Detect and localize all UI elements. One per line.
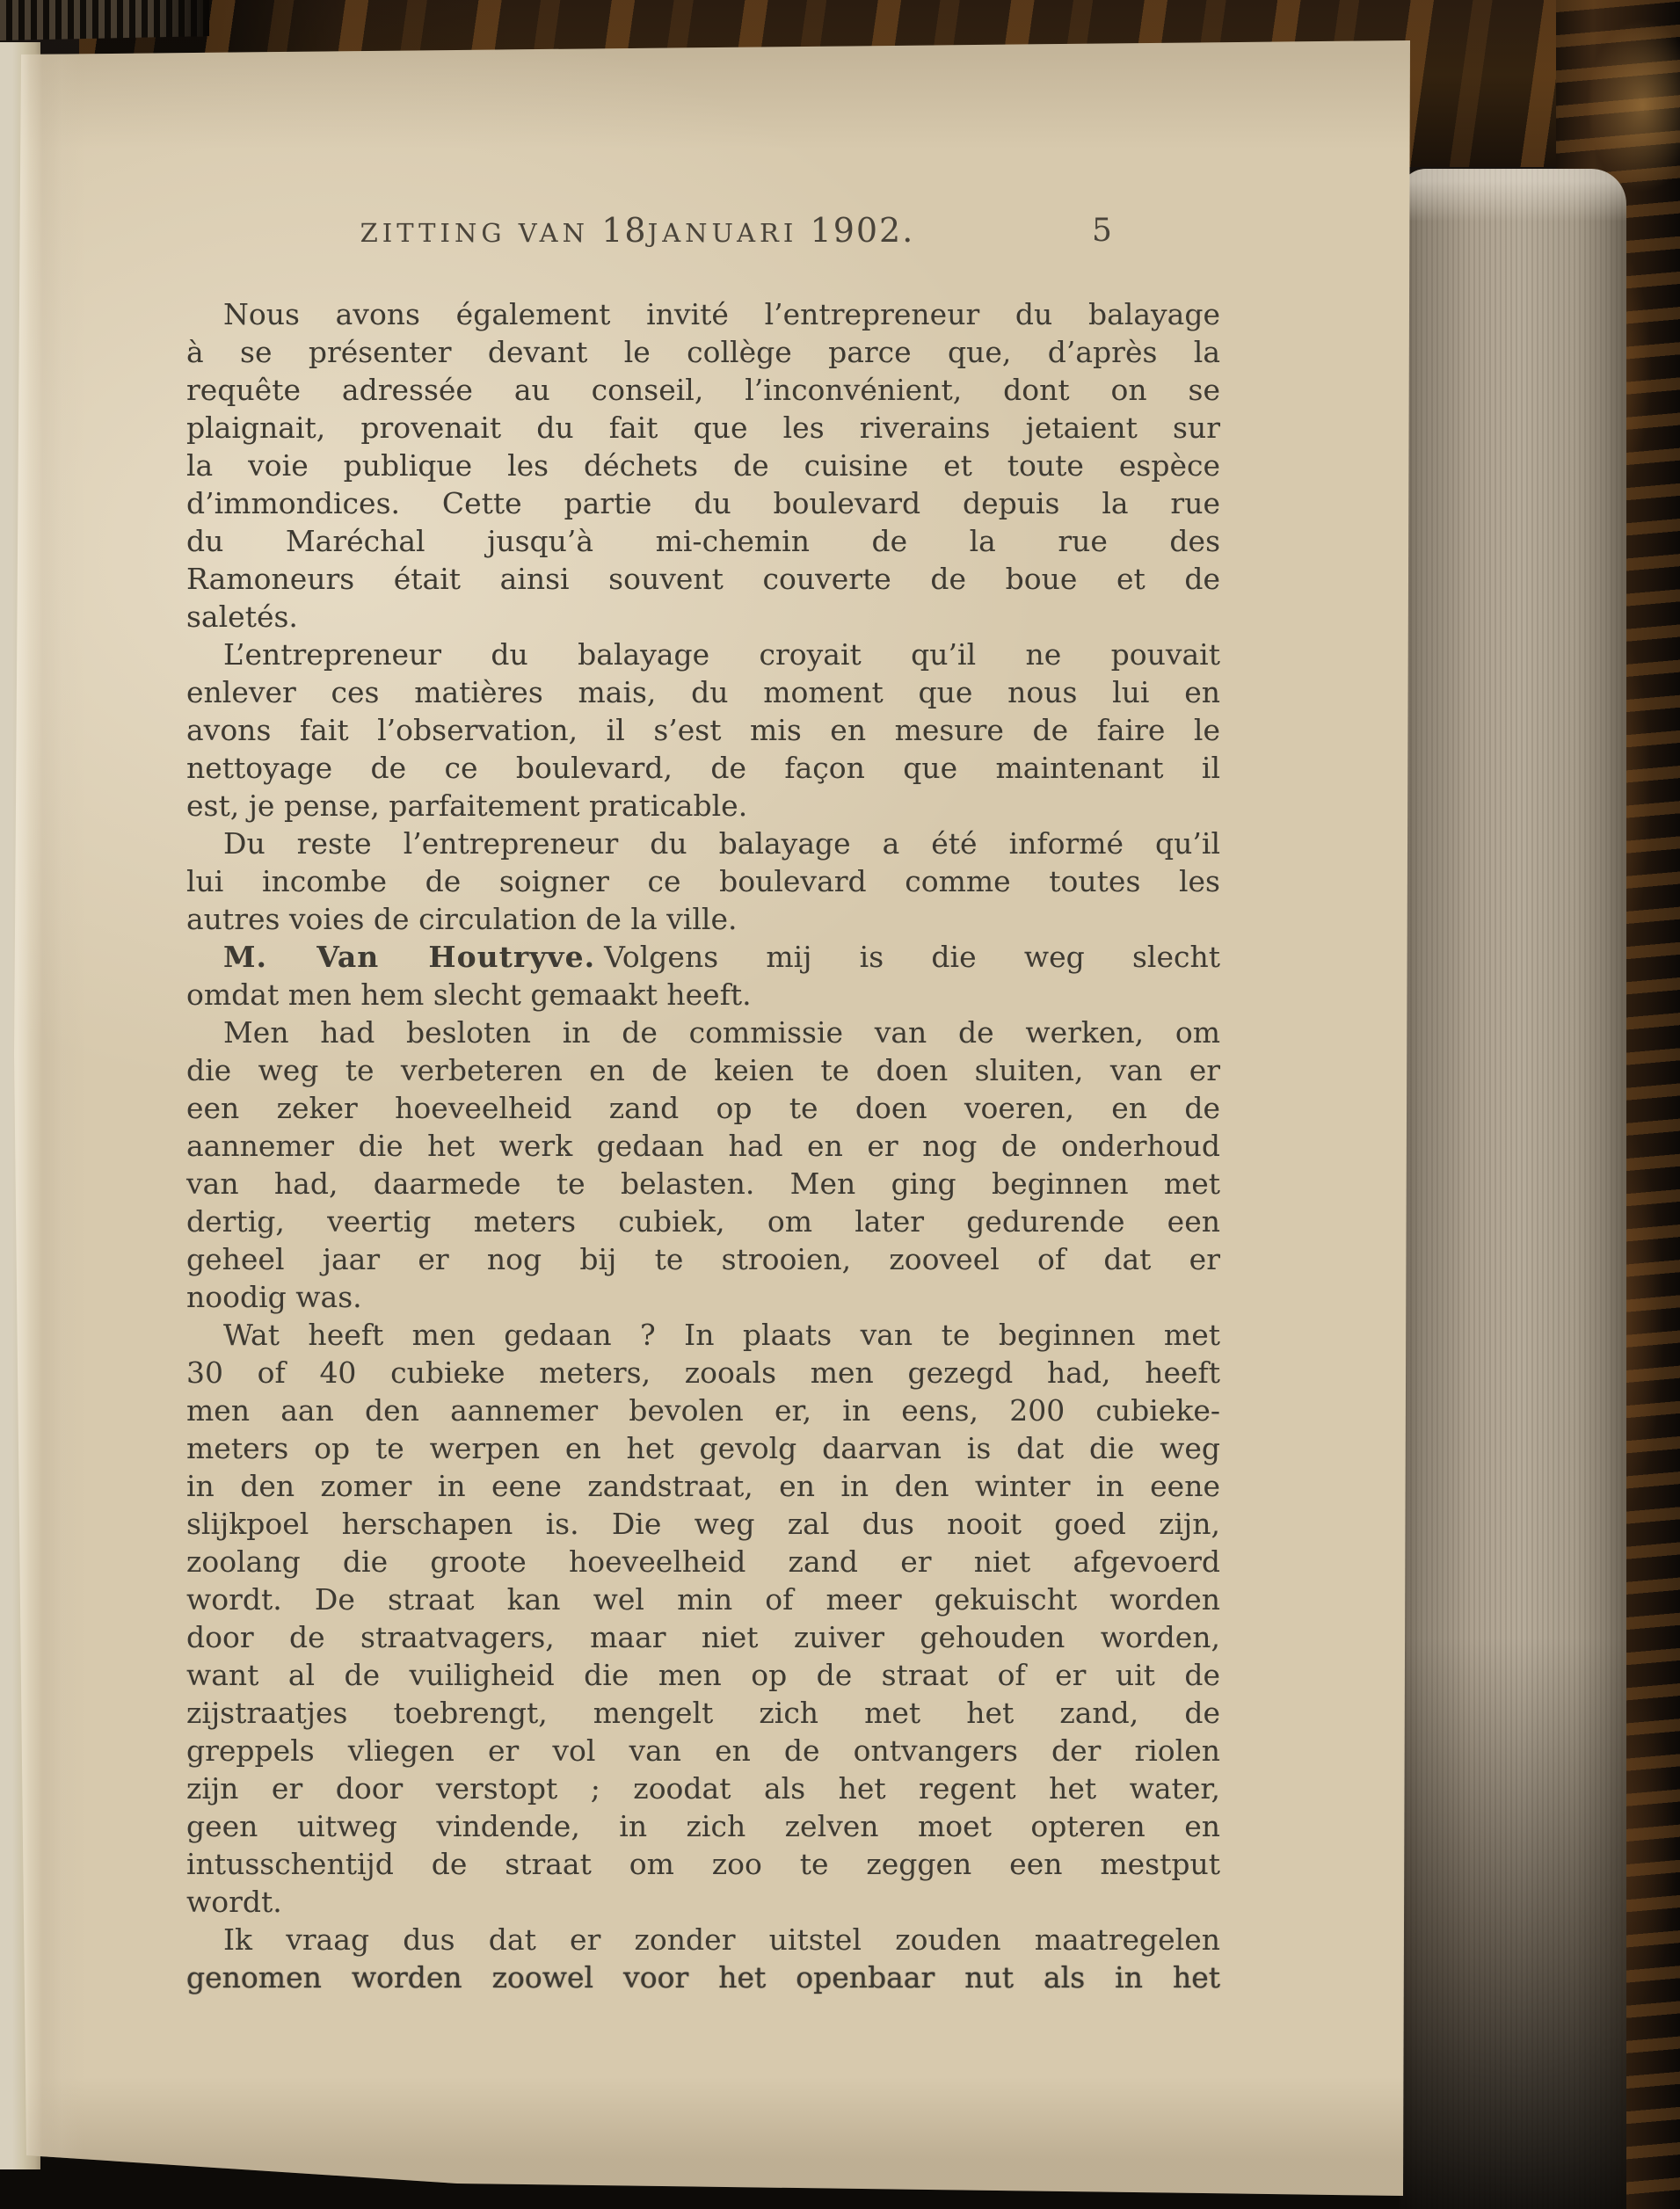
text-line: zoolang die groote hoeveelheid zand er n… xyxy=(186,1543,1220,1580)
text-line: een zeker hoeveelheid zand op te doen vo… xyxy=(186,1089,1220,1127)
paragraph: Nous avons également invité l’entreprene… xyxy=(186,295,1220,636)
running-title-segment: JANUARI xyxy=(648,218,811,248)
running-title-segment: 1902. xyxy=(811,211,915,250)
text-line: saletés. xyxy=(186,598,1220,636)
paragraph: Wat heeft men gedaan ? In plaats van te … xyxy=(186,1316,1220,1921)
text-line: intusschentijd de straat om zoo te zegge… xyxy=(186,1845,1220,1883)
text-line: van had, daarmede te belasten. Men ging … xyxy=(186,1165,1220,1203)
text-line: du Maréchal jusqu’à mi-chemin de la rue … xyxy=(186,522,1220,560)
page-number: 5 xyxy=(1092,213,1112,249)
text-line: slijkpoel herschapen is. Die weg zal dus… xyxy=(186,1505,1220,1543)
text-line: in den zomer in eene zandstraat, en in d… xyxy=(186,1467,1220,1505)
paragraph: Du reste l’entrepreneur du balayage a ét… xyxy=(186,825,1220,938)
text-line: 30 of 40 cubieke meters, zooals men geze… xyxy=(186,1354,1220,1392)
text-line: wordt. xyxy=(186,1883,1220,1921)
page-text-block: ZITTING VAN 18 JANUARI 1902. 5 Nous avon… xyxy=(186,211,1220,1996)
running-title: ZITTING VAN 18 JANUARI 1902. xyxy=(186,211,1220,250)
paragraph: Ik vraag dus dat er zonder uitstel zoude… xyxy=(186,1921,1220,1996)
text-line: M. Van Houtryve.Volgens mij is die weg s… xyxy=(186,938,1220,976)
text-line: autres voies de circulation de la ville. xyxy=(186,900,1220,938)
text-line: la voie publique les déchets de cuisine … xyxy=(186,447,1220,484)
text-line: aannemer die het werk gedaan had en er n… xyxy=(186,1127,1220,1165)
text-line: men aan den aannemer bevolen er, in eens… xyxy=(186,1392,1220,1429)
text-line: plaignait, provenait du fait que les riv… xyxy=(186,409,1220,447)
page-paragraphs: Nous avons également invité l’entreprene… xyxy=(186,295,1220,1996)
book-photo: ZITTING VAN 18 JANUARI 1902. 5 Nous avon… xyxy=(0,0,1680,2209)
text-line: Ramoneurs était ainsi souvent couverte d… xyxy=(186,560,1220,598)
text-line: genomen worden zoowel voor het openbaar … xyxy=(186,1958,1220,1996)
text-line: geheel jaar er nog bij te strooien, zoov… xyxy=(186,1240,1220,1278)
text-line: Nous avons également invité l’entreprene… xyxy=(186,295,1220,333)
text-line: Du reste l’entrepreneur du balayage a ét… xyxy=(186,825,1220,862)
text-line: geen uitweg vindende, in zich zelven moe… xyxy=(186,1807,1220,1845)
text-line: wordt. De straat kan wel min of meer gek… xyxy=(186,1580,1220,1618)
text-line: Men had besloten in de commissie van de … xyxy=(186,1014,1220,1051)
text-line: want al de vuiligheid die men op de stra… xyxy=(186,1656,1220,1694)
text-line: lui incombe de soigner ce boulevard comm… xyxy=(186,862,1220,900)
book-page-block-fore-edge xyxy=(1400,169,1626,2209)
text-line: nettoyage de ce boulevard, de façon que … xyxy=(186,749,1220,787)
text-line: dertig, veertig meters cubiek, om later … xyxy=(186,1203,1220,1240)
text-line: L’entrepreneur du balayage croyait qu’il… xyxy=(186,636,1220,673)
text-line: à se présenter devant le collège parce q… xyxy=(186,333,1220,371)
running-title-segment: 18 xyxy=(601,211,647,250)
text-line: enlever ces matières mais, du moment que… xyxy=(186,673,1220,711)
text-line: d’immondices. Cette partie du boulevard … xyxy=(186,484,1220,522)
paragraph: M. Van Houtryve.Volgens mij is die weg s… xyxy=(186,938,1220,1014)
text-line: Ik vraag dus dat er zonder uitstel zoude… xyxy=(186,1921,1220,1958)
text-line: meters op te werpen en het gevolg daarva… xyxy=(186,1429,1220,1467)
text-line: noodig was. xyxy=(186,1278,1220,1316)
text-line: zijn er door verstopt ; zoodat als het r… xyxy=(186,1769,1220,1807)
text-line: requête adressée au conseil, l’inconvéni… xyxy=(186,371,1220,409)
text-line: avons fait l’observation, il s’est mis e… xyxy=(186,711,1220,749)
text-line: Wat heeft men gedaan ? In plaats van te … xyxy=(186,1316,1220,1354)
text-line: die weg te verbeteren en de keien te doe… xyxy=(186,1051,1220,1089)
speaker-name: M. Van Houtryve. xyxy=(223,940,604,974)
text-line: door de straatvagers, maar niet zuiver g… xyxy=(186,1618,1220,1656)
page-header: ZITTING VAN 18 JANUARI 1902. 5 xyxy=(186,211,1220,250)
text-line: greppels vliegen er vol van en de ontvan… xyxy=(186,1732,1220,1769)
paragraph: L’entrepreneur du balayage croyait qu’il… xyxy=(186,636,1220,825)
text-line: zijstraatjes toebrengt, mengelt zich met… xyxy=(186,1694,1220,1732)
paragraph: Men had besloten in de commissie van de … xyxy=(186,1014,1220,1316)
book-headband xyxy=(0,0,209,40)
text-line: est, je pense, parfaitement praticable. xyxy=(186,787,1220,825)
running-title-segment: ZITTING VAN xyxy=(360,218,602,248)
text-line: omdat men hem slecht gemaakt heeft. xyxy=(186,976,1220,1014)
